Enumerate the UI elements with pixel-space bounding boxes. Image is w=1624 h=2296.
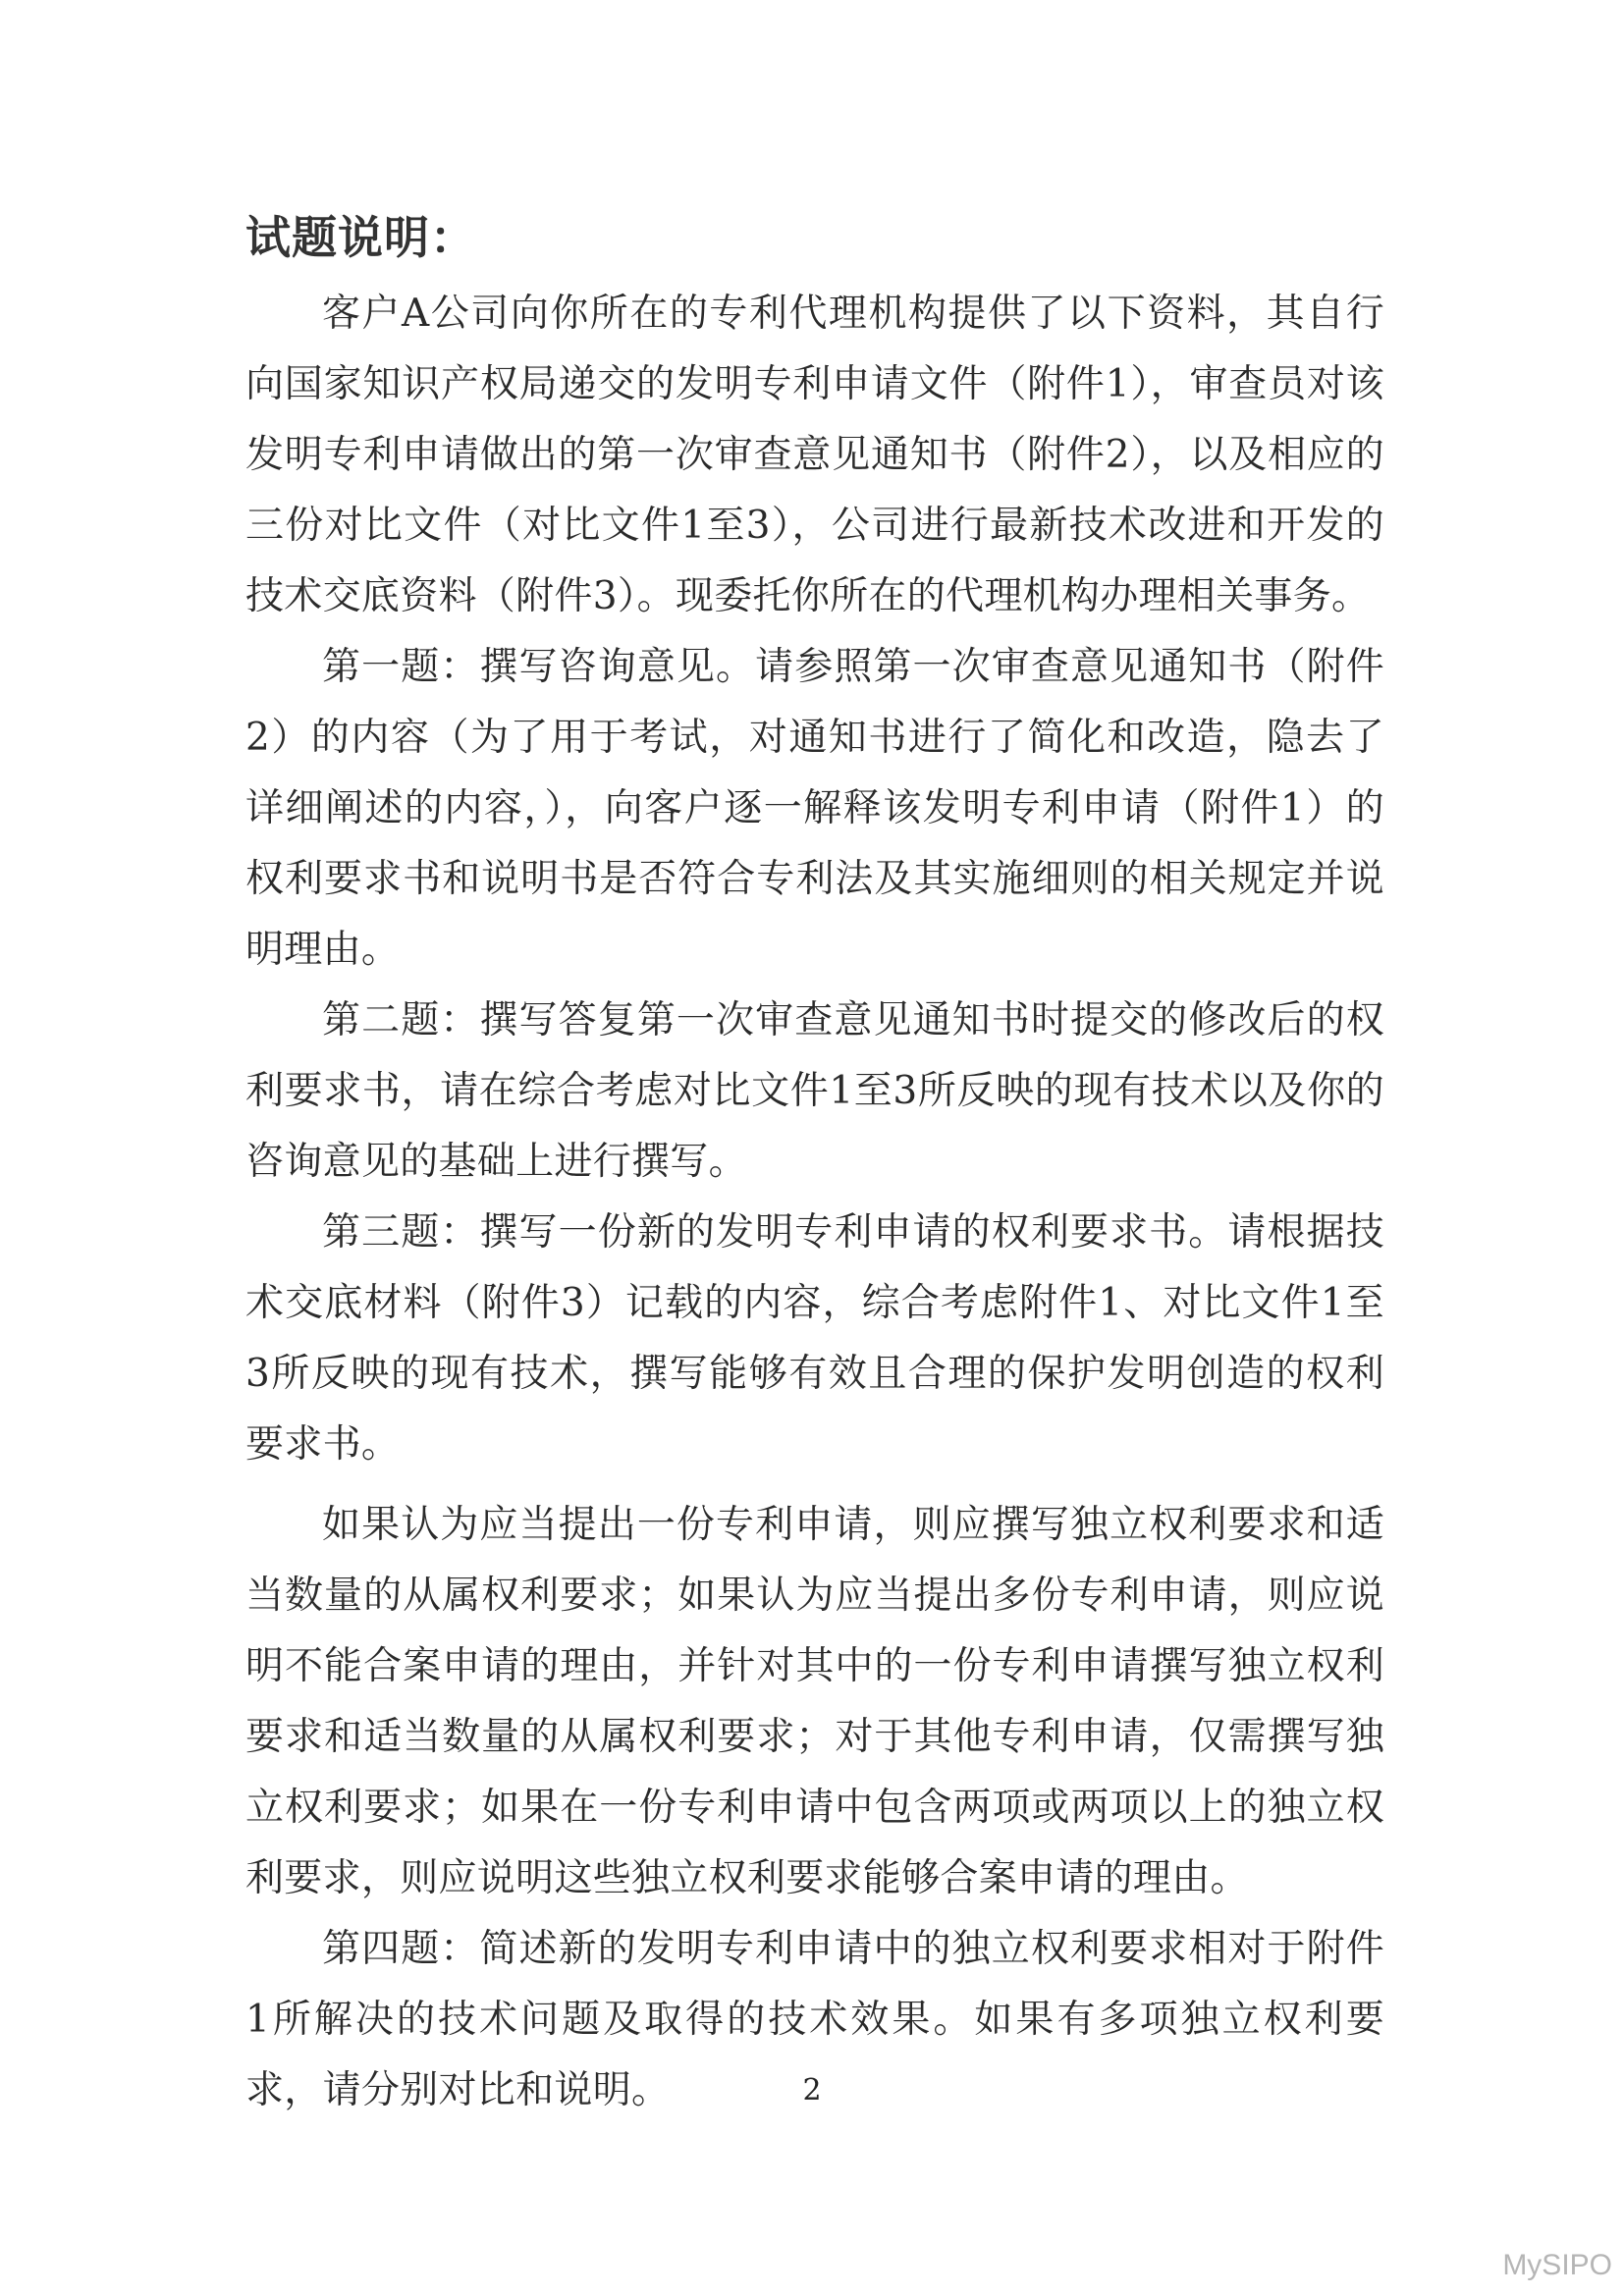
document-title: 试题说明： — [245, 208, 1384, 267]
paragraph-question-1: 第一题：撰写咨询意见。请参照第一次审查意见通知书（附件2）的内容（为了用于考试，… — [245, 632, 1384, 986]
watermark: MySIPO — [1502, 2249, 1612, 2282]
paragraph-intro: 客户A公司向你所在的专利代理机构提供了以下资料，其自行向国家知识产权局递交的发明… — [245, 279, 1384, 632]
page-number: 2 — [0, 2073, 1624, 2108]
paragraph-question-2: 第二题：撰写答复第一次审查意见通知书时提交的修改后的权利要求书，请在综合考虑对比… — [245, 986, 1384, 1198]
document-page: 试题说明： 客户A公司向你所在的专利代理机构提供了以下资料，其自行向国家知识产权… — [245, 208, 1384, 2126]
paragraph-question-3: 第三题：撰写一份新的发明专利申请的权利要求书。请根据技术交底材料（附件3）记载的… — [245, 1198, 1384, 1480]
paragraph-question-3-note: 如果认为应当提出一份专利申请，则应撰写独立权利要求和适当数量的从属权利要求；如果… — [245, 1490, 1384, 1914]
